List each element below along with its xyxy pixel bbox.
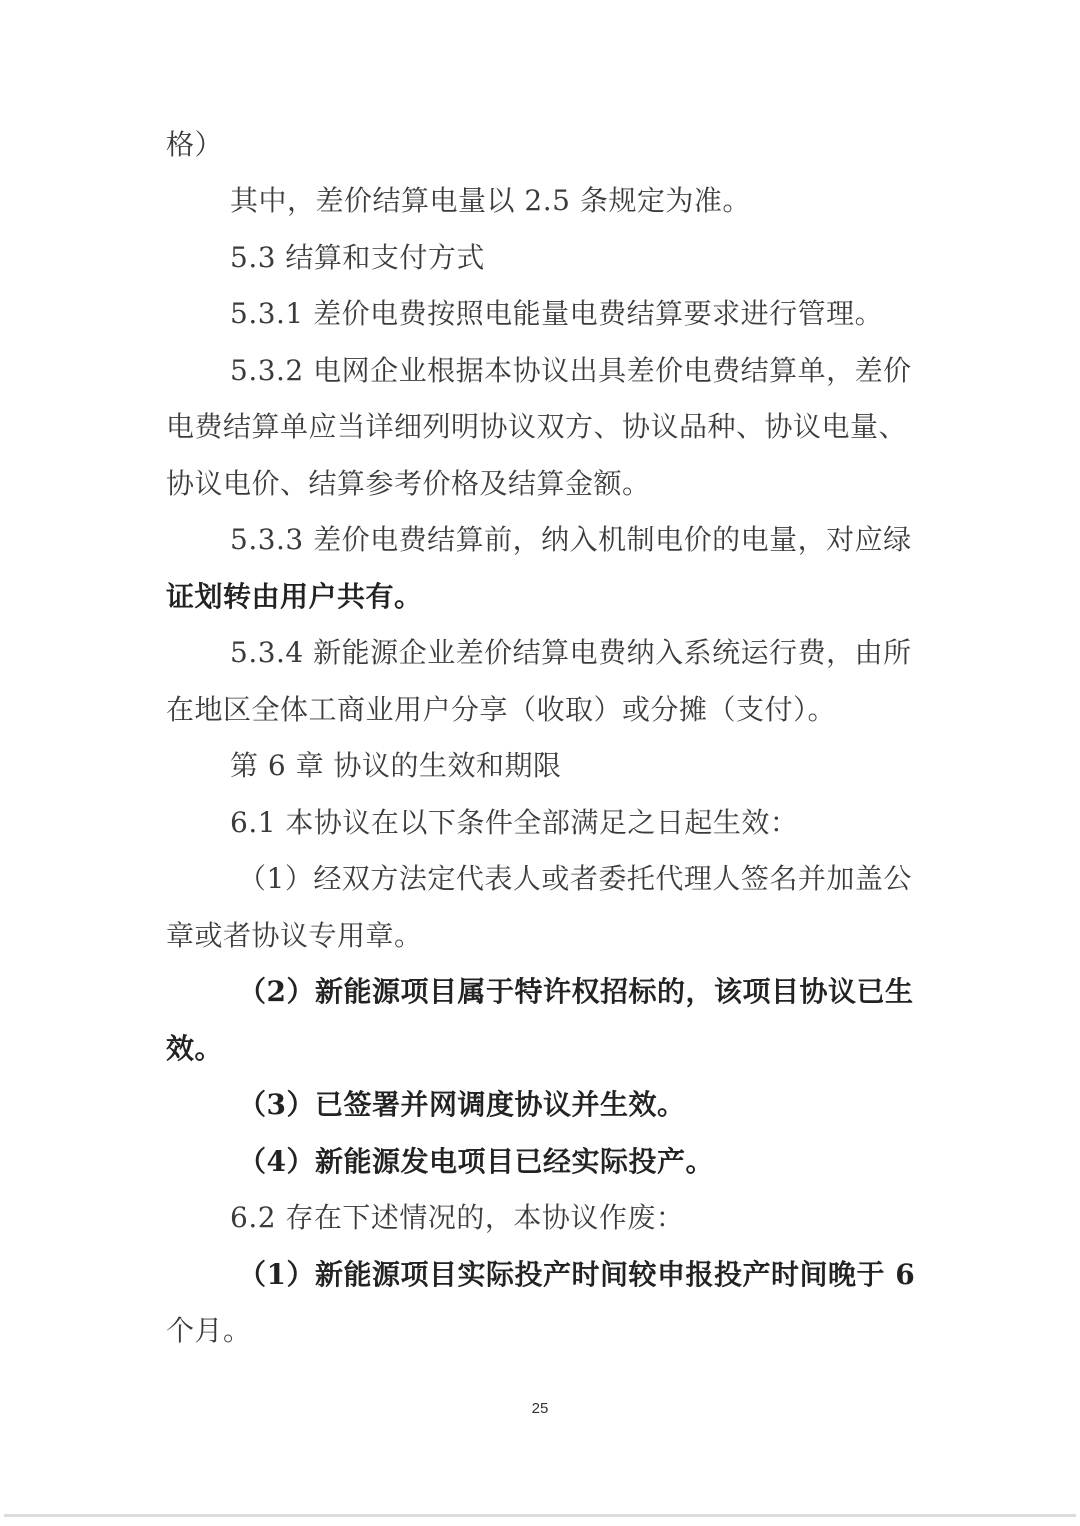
document-text-line: 章或者协议专用章。 <box>166 919 423 953</box>
document-text-line: （1）经双方法定代表人或者委托代理人签名并加盖公 <box>238 862 912 896</box>
document-text-line: 5.3.2 电网企业根据本协议出具差价电费结算单，差价 <box>230 354 912 388</box>
page-bottom-divider <box>4 1514 1076 1517</box>
document-text-line: 证划转由用户共有。 <box>166 580 423 614</box>
document-text-line: 协议电价、结算参考价格及结算金额。 <box>166 467 651 501</box>
document-text-line: （4）新能源发电项目已经实际投产。 <box>238 1145 714 1179</box>
document-text-line: 6.1 本协议在以下条件全部满足之日起生效： <box>230 806 798 840</box>
page-number: 25 <box>0 1400 1080 1417</box>
document-text-line: 5.3.4 新能源企业差价结算电费纳入系统运行费，由所 <box>230 636 912 670</box>
document-text-line: （2）新能源项目属于特许权招标的，该项目协议已生 <box>238 975 914 1009</box>
document-text-line: 5.3.3 差价电费结算前，纳入机制电价的电量，对应绿 <box>230 523 912 557</box>
document-text-line: 电费结算单应当详细列明协议双方、协议品种、协议电量、 <box>166 410 907 444</box>
document-text-line: 6.2 存在下述情况的，本协议作废： <box>230 1201 684 1235</box>
document-text-line: 其中，差价结算电量以 2.5 条规定为准。 <box>230 184 751 218</box>
document-text-line: 第 6 章 协议的生效和期限 <box>230 749 562 783</box>
document-text-line: （3）已签署并网调度协议并生效。 <box>238 1088 685 1122</box>
document-page: 格）其中，差价结算电量以 2.5 条规定为准。5.3 结算和支付方式5.3.1 … <box>0 0 1080 1526</box>
document-text-line: 效。 <box>166 1032 223 1066</box>
document-text-line: 格） <box>166 128 223 162</box>
document-text-line: 在地区全体工商业用户分享（收取）或分摊（支付）。 <box>166 693 836 727</box>
document-text-line: 个月。 <box>166 1314 252 1348</box>
document-text-line: （1）新能源项目实际投产时间较申报投产时间晚于 6 <box>238 1258 915 1292</box>
document-text-line: 5.3 结算和支付方式 <box>230 241 485 275</box>
document-text-line: 5.3.1 差价电费按照电能量电费结算要求进行管理。 <box>230 297 883 331</box>
